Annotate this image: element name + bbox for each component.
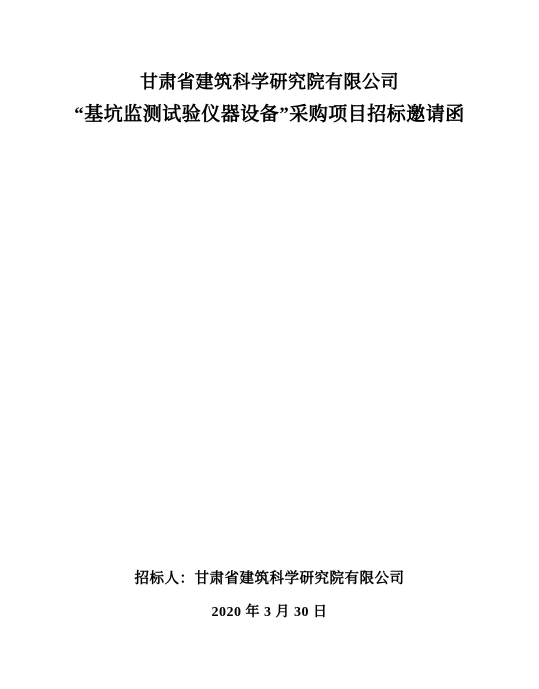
date-line: 2020 年 3 月 30 日 [0,604,539,622]
document-title-company: 甘肃省建筑科学研究院有限公司 [0,71,539,94]
document-title-project: “基坑监测试验仪器设备”采购项目招标邀请函 [0,103,539,128]
bidder-line: 招标人：甘肃省建筑科学研究院有限公司 [0,570,539,589]
document-page: 甘肃省建筑科学研究院有限公司 “基坑监测试验仪器设备”采购项目招标邀请函 招标人… [0,0,539,689]
